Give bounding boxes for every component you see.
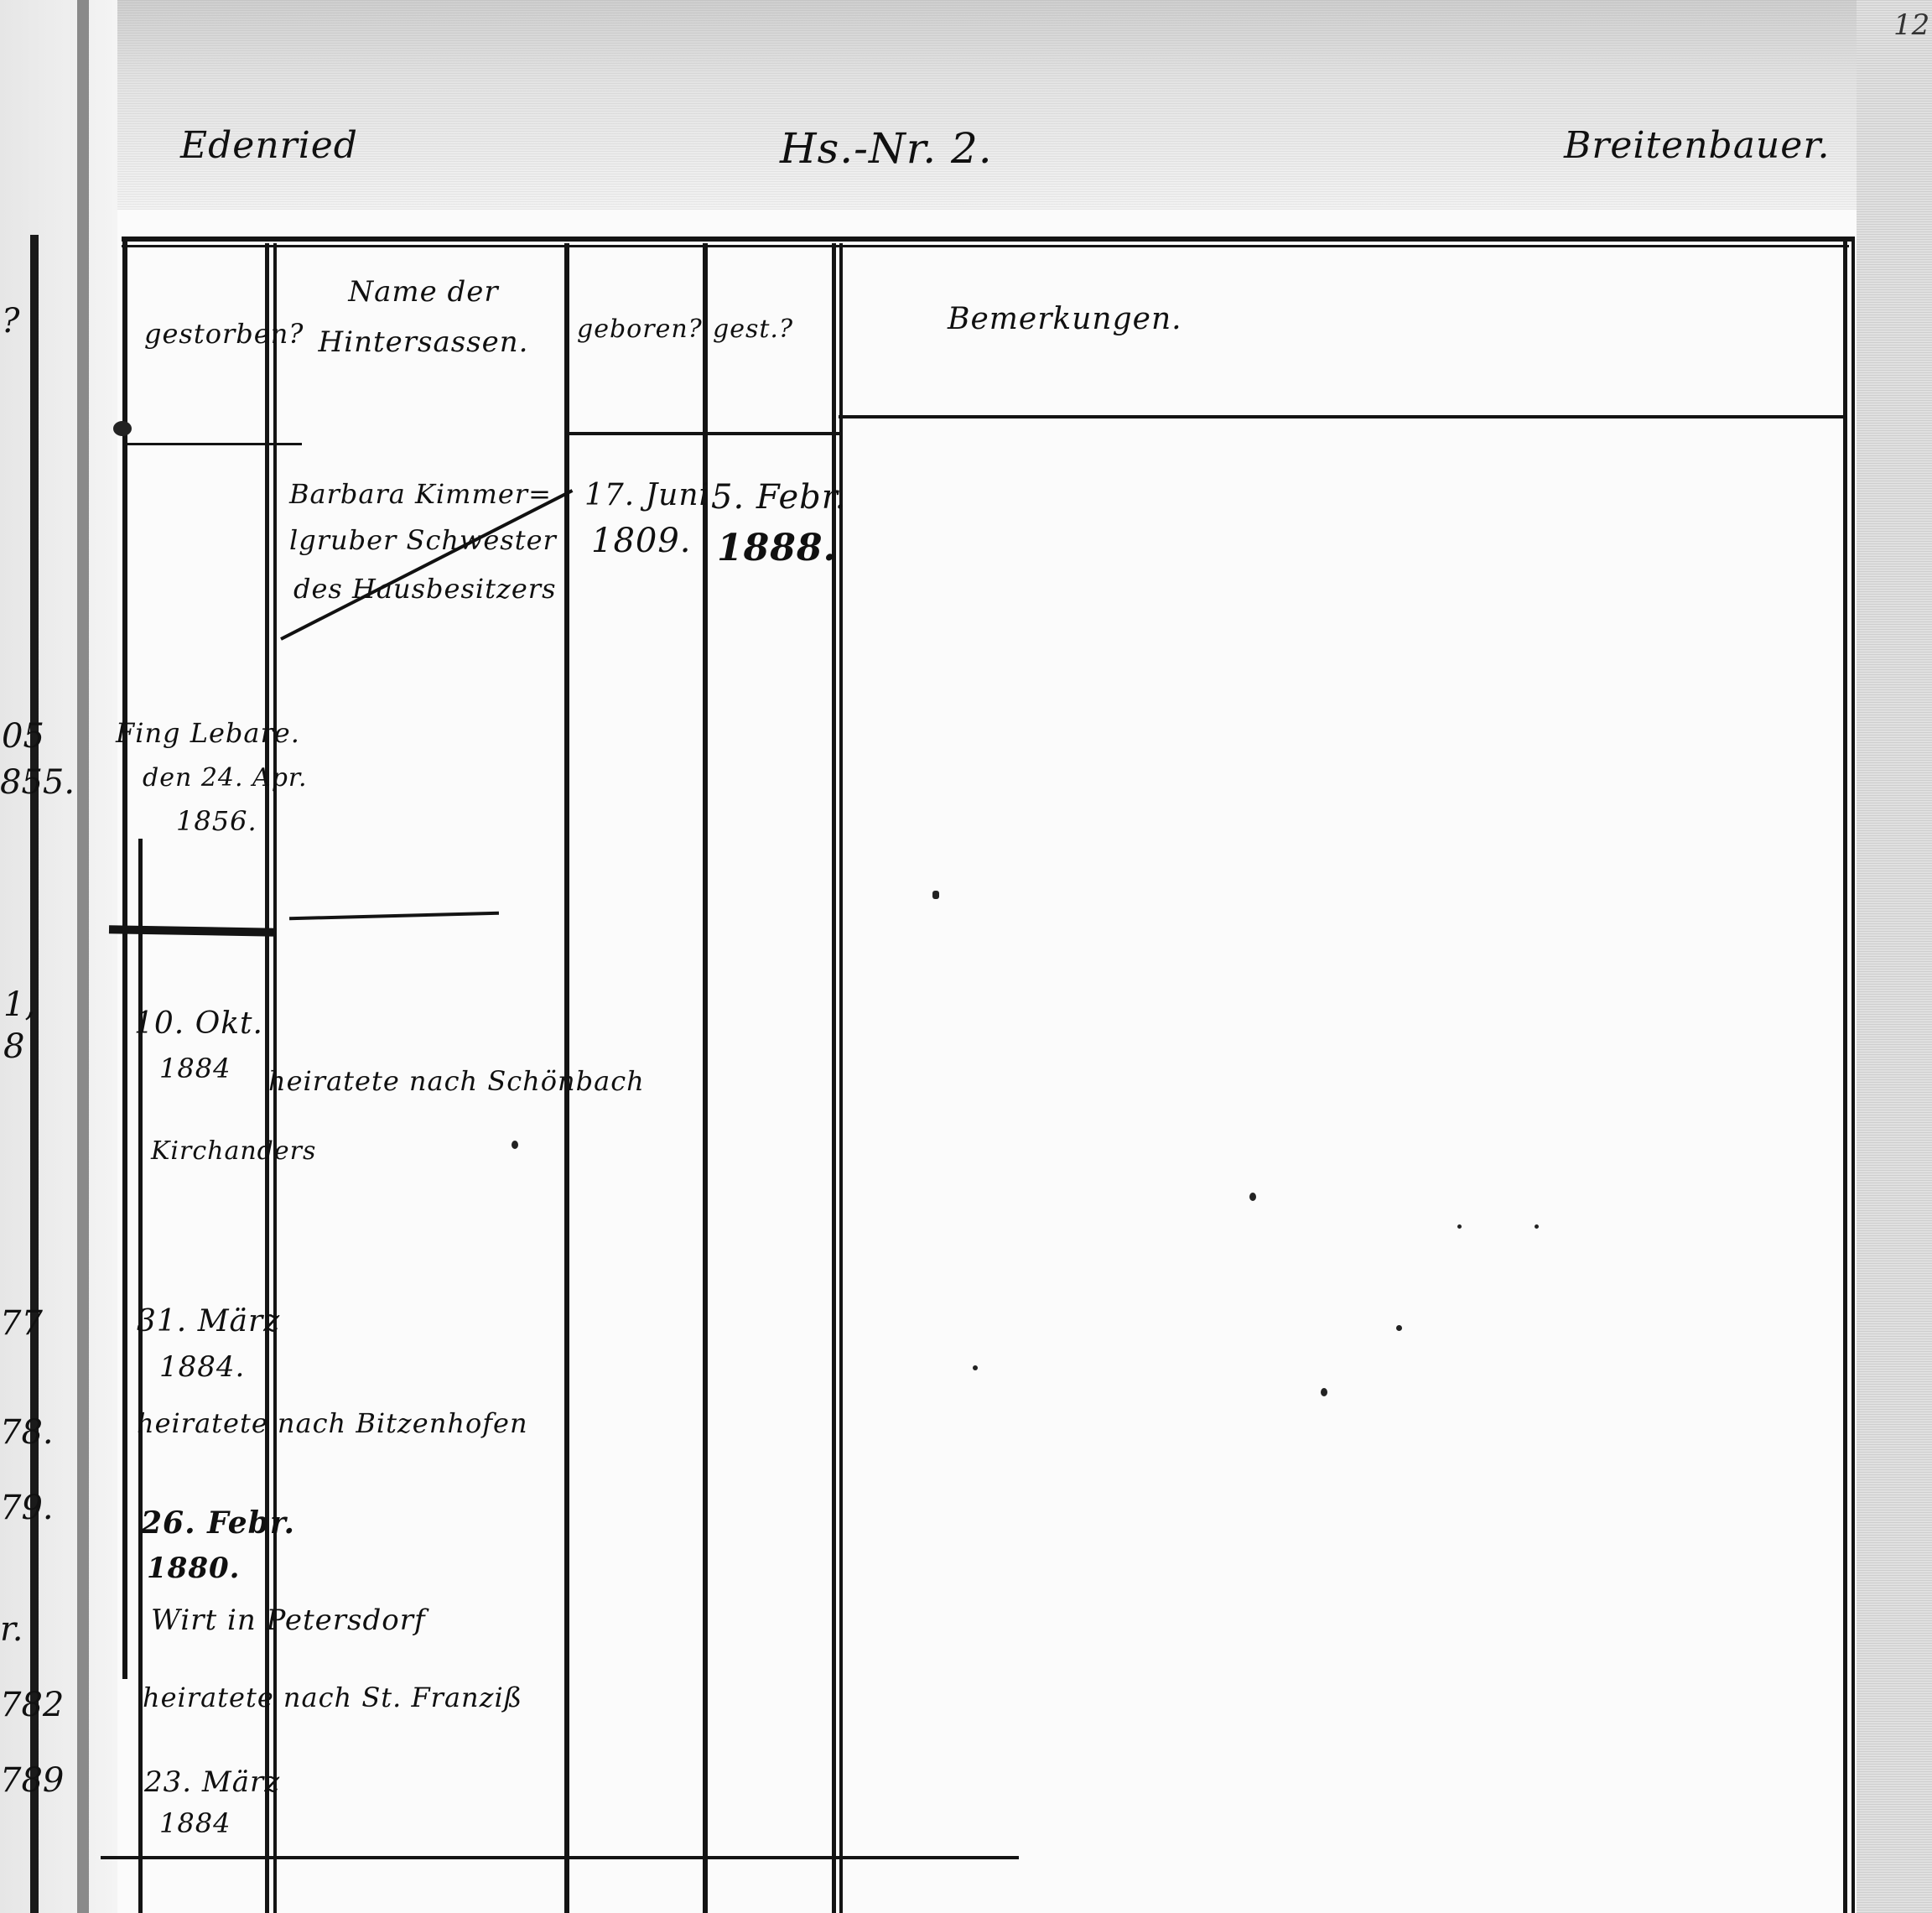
column-header-name: Name der Hintersassen. [289,267,558,367]
note-line: heiratete nach Schönbach [268,1065,645,1097]
table-right-border-outer [1851,237,1855,1913]
note-line: Fing Lebare. [116,717,300,749]
note-line: 1884 [159,1053,231,1084]
paper-background-right [1857,0,1932,1913]
note-line: 10. Okt. [134,1006,263,1041]
entry-died-line-1: 5. Febr. [711,478,846,517]
margin-fragment: 782 [0,1686,64,1724]
ink-speck [932,891,939,899]
table-top-border [122,237,1853,242]
ink-speck [1249,1193,1256,1201]
ink-speck [973,1365,978,1370]
note-line: den 24. Apr. [143,763,308,793]
note-line: Kirchanders [151,1136,316,1166]
header-rule-died [126,443,302,445]
margin-fragment: 78. [0,1413,54,1452]
header-house-number: Hs.-Nr. 2. [780,124,993,173]
entry-born-line-1: 17. Juni [584,478,709,512]
note-line: 26. Febr. [141,1505,295,1541]
note-line: heiratete nach Bitzenhofen [137,1407,528,1439]
column-header-born: geboren? [577,315,703,344]
page-number: 12 [1893,8,1929,42]
margin-fragment: 8 [3,1027,24,1066]
strike-through-line [280,489,573,641]
previous-page-border [30,235,39,1913]
table-bottom-rule [101,1856,1019,1859]
note-line: heiratete nach St. Franziß [143,1682,522,1713]
header-owner-name: Breitenbauer. [1564,124,1831,167]
note-line: 31. März [137,1304,280,1339]
note-line: 23. März [144,1765,280,1799]
note-line: 1884 [159,1807,231,1839]
entry-name-line-2: lgruber Schwester [289,524,557,556]
table-left-border [122,237,127,1679]
header-rule-remarks [839,415,1845,418]
book-spine [77,0,89,1913]
column-header-died-2: gest.? [713,315,793,344]
note-line: 1884. [159,1350,245,1384]
column-header-died: gestorben? [144,312,262,356]
margin-fragment: ? [2,302,19,340]
margin-fragment: 789 [0,1761,64,1800]
entry-name-line-1: Barbara Kimmer= [289,478,552,510]
margin-fragment: 77 [0,1304,43,1343]
entry-born-line-2: 1809. [591,522,692,560]
ink-speck [1396,1325,1402,1331]
entry-divider-thin [289,912,499,921]
ink-speck [512,1141,518,1149]
table-left-border-lower [138,839,143,1913]
margin-fragment: 05 [2,717,44,756]
note-line: Wirt in Petersdorf [151,1604,426,1637]
entry-name-line-3: des Hausbesitzers [293,573,556,605]
margin-fragment: 855. [0,763,75,802]
entry-divider-thick [109,925,277,936]
entry-died-line-2: 1888. [717,527,837,569]
margin-fragment: 79. [0,1489,54,1527]
ink-blot [113,421,132,436]
ink-speck [1321,1388,1327,1396]
margin-fragment: 1, [3,985,35,1024]
note-line: 1880. [147,1552,240,1585]
header-locality: Edenried [180,124,358,167]
ink-speck [1535,1224,1539,1229]
header-rule-born-died [564,432,841,435]
table-top-border-inner [122,245,1849,247]
paper-background-top [0,0,1932,210]
margin-fragment: r. [0,1610,23,1649]
table-right-border [1843,237,1847,1913]
column-header-remarks: Bemerkungen. [948,302,1182,336]
ink-speck [1457,1224,1462,1229]
note-line: 1856. [176,805,257,837]
